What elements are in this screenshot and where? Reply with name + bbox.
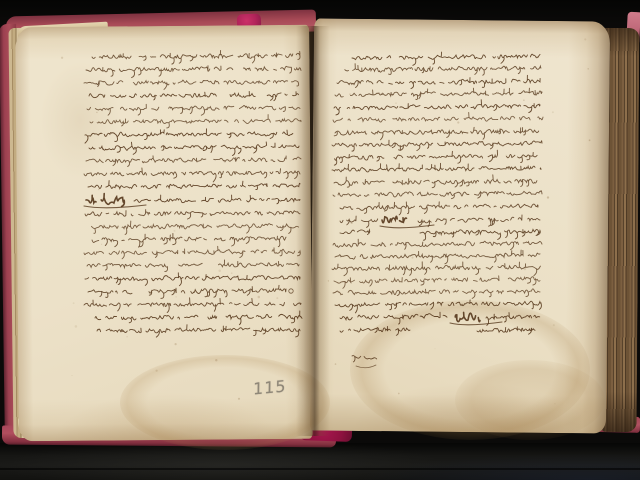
table-surface — [0, 443, 640, 480]
folio-number-pencil: 115 — [253, 376, 287, 398]
right-page — [310, 18, 610, 433]
manuscript-photo: 115 — [0, 0, 640, 480]
table-edge-shadow — [0, 468, 640, 470]
